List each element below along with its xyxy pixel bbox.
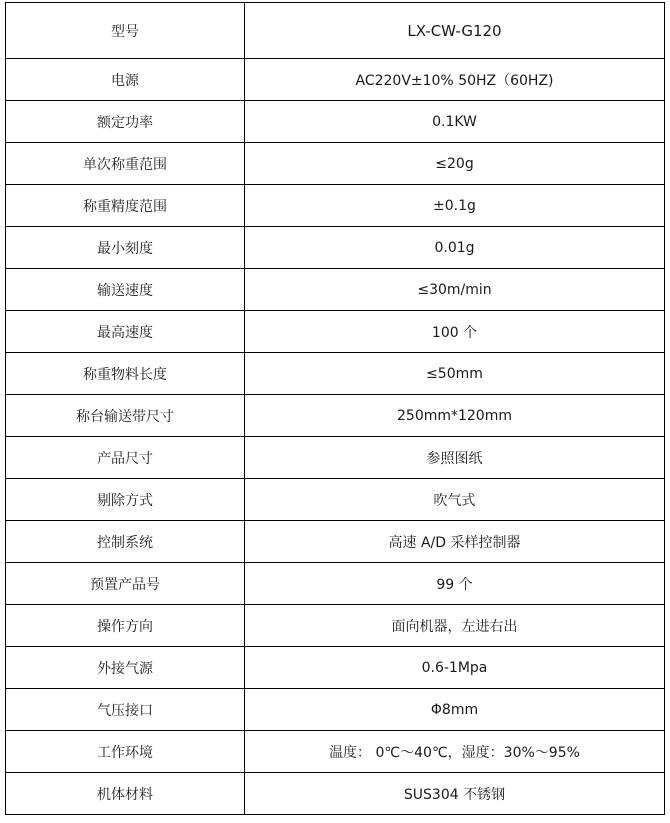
spec-label: 型号	[6, 3, 245, 59]
spec-label: 机体材料	[6, 773, 245, 815]
spec-row-rated-power: 额定功率 0.1KW	[6, 101, 665, 143]
spec-row-weighing-range: 单次称重范围 ≤20g	[6, 143, 665, 185]
spec-row-control-system: 控制系统 高速 A/D 采样控制器	[6, 521, 665, 563]
spec-row-reject-method: 剔除方式 吹气式	[6, 479, 665, 521]
spec-label: 操作方向	[6, 605, 245, 647]
spec-row-model: 型号 LX-CW-G120	[6, 3, 665, 59]
spec-row-max-speed: 最高速度 100 个	[6, 311, 665, 353]
spec-row-work-environment: 工作环境 温度： 0℃～40℃，湿度：30%～95%	[6, 731, 665, 773]
spec-label: 外接气源	[6, 647, 245, 689]
spec-value: LX-CW-G120	[245, 3, 665, 59]
spec-row-product-size: 产品尺寸 参照图纸	[6, 437, 665, 479]
spec-row-air-source: 外接气源 0.6-1Mpa	[6, 647, 665, 689]
spec-label: 最高速度	[6, 311, 245, 353]
spec-value: AC220V±10% 50HZ（60HZ)	[245, 59, 665, 101]
spec-label: 称台输送带尺寸	[6, 395, 245, 437]
spec-value: 100 个	[245, 311, 665, 353]
spec-value: 99 个	[245, 563, 665, 605]
spec-value: 0.01g	[245, 227, 665, 269]
spec-value: 0.1KW	[245, 101, 665, 143]
spec-value: SUS304 不锈钢	[245, 773, 665, 815]
spec-value: ±0.1g	[245, 185, 665, 227]
spec-value: 温度： 0℃～40℃，湿度：30%～95%	[245, 731, 665, 773]
spec-label: 称重物料长度	[6, 353, 245, 395]
spec-label: 控制系统	[6, 521, 245, 563]
spec-row-preset-products: 预置产品号 99 个	[6, 563, 665, 605]
spec-value: ≤30m/min	[245, 269, 665, 311]
spec-label: 额定功率	[6, 101, 245, 143]
spec-label: 称重精度范围	[6, 185, 245, 227]
spec-value: 250mm*120mm	[245, 395, 665, 437]
spec-row-min-scale: 最小刻度 0.01g	[6, 227, 665, 269]
spec-value: ≤20g	[245, 143, 665, 185]
spec-value: 参照图纸	[245, 437, 665, 479]
spec-value: Φ8mm	[245, 689, 665, 731]
spec-label: 电源	[6, 59, 245, 101]
spec-row-material-length: 称重物料长度 ≤50mm	[6, 353, 665, 395]
spec-row-belt-size: 称台输送带尺寸 250mm*120mm	[6, 395, 665, 437]
spec-value: 高速 A/D 采样控制器	[245, 521, 665, 563]
spec-value: 吹气式	[245, 479, 665, 521]
spec-label: 产品尺寸	[6, 437, 245, 479]
spec-label: 剔除方式	[6, 479, 245, 521]
spec-label: 最小刻度	[6, 227, 245, 269]
spec-row-weighing-accuracy: 称重精度范围 ±0.1g	[6, 185, 665, 227]
spec-value: 0.6-1Mpa	[245, 647, 665, 689]
spec-row-body-material: 机体材料 SUS304 不锈钢	[6, 773, 665, 815]
spec-row-conveyor-speed: 输送速度 ≤30m/min	[6, 269, 665, 311]
spec-value: ≤50mm	[245, 353, 665, 395]
spec-table: 型号 LX-CW-G120 电源 AC220V±10% 50HZ（60HZ) 额…	[5, 2, 665, 815]
spec-label: 气压接口	[6, 689, 245, 731]
spec-row-operation-direction: 操作方向 面向机器，左进右出	[6, 605, 665, 647]
spec-label: 单次称重范围	[6, 143, 245, 185]
spec-label: 预置产品号	[6, 563, 245, 605]
spec-label: 工作环境	[6, 731, 245, 773]
spec-label: 输送速度	[6, 269, 245, 311]
spec-row-air-port: 气压接口 Φ8mm	[6, 689, 665, 731]
spec-value: 面向机器，左进右出	[245, 605, 665, 647]
spec-row-power-supply: 电源 AC220V±10% 50HZ（60HZ)	[6, 59, 665, 101]
